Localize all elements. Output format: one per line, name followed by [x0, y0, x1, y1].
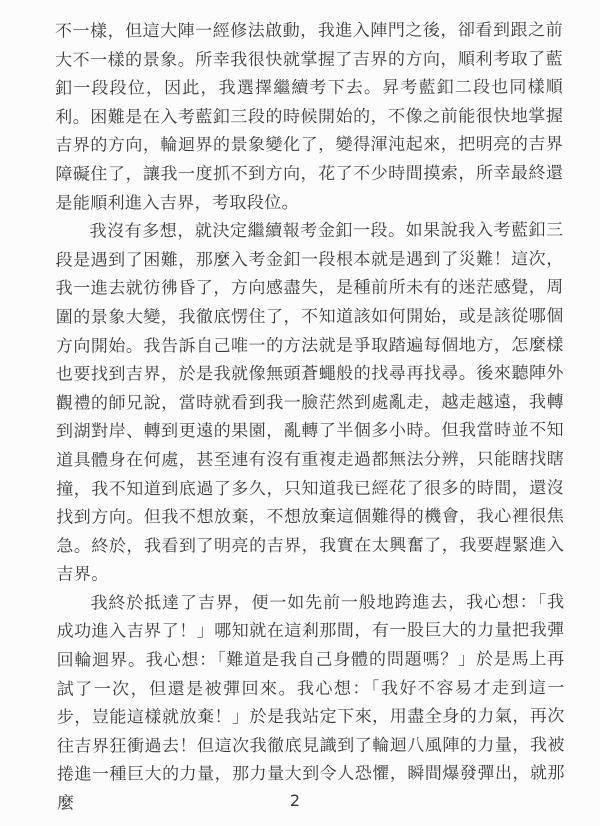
- manuscript-text: 不一樣，但這大陣一經修法啟動，我進入陣門之後，卻看到跟之前大不一樣的景象。所幸我…: [55, 16, 565, 818]
- paragraph-gold-button-exam: 我沒有多想，就決定繼續報考金釦一段。如果說我入考藍釦三段是遇到了困難，那麼入考金…: [55, 216, 564, 589]
- paragraph-bounced-back: 我終於抵達了吉界，便一如先前一般地跨進去，我心想：「我成功進入吉界了！」哪知就在…: [56, 588, 565, 818]
- manuscript-page: 不一樣，但這大陣一經修法啟動，我進入陣門之後，卻看到跟之前大不一樣的景象。所幸我…: [0, 0, 600, 826]
- page-number: 2: [0, 791, 590, 810]
- paragraph-continuation: 不一樣，但這大陣一經修法啟動，我進入陣門之後，卻看到跟之前大不一樣的景象。所幸我…: [55, 16, 564, 217]
